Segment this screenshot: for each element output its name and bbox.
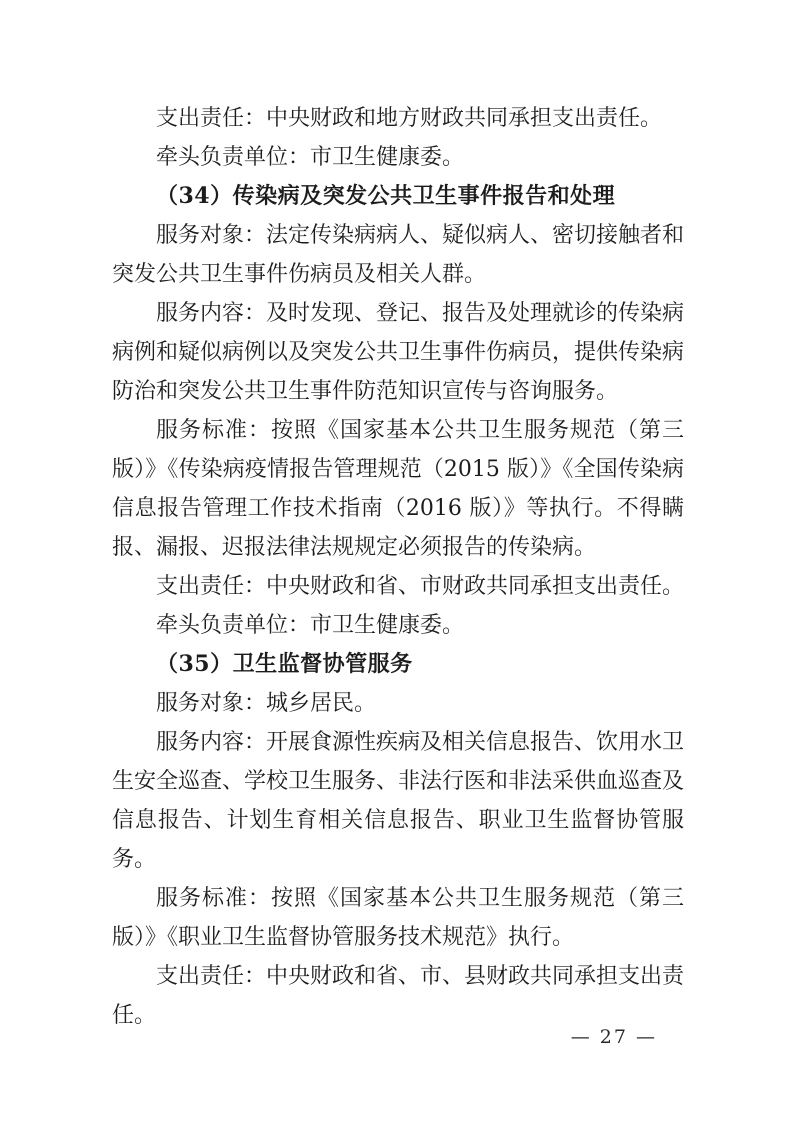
paragraph-service-content-35: 服务内容：开展食源性疾病及相关信息报告、饮用水卫生安全巡查、学校卫生服务、非法行… [112,723,684,879]
paragraph-expenditure-responsibility-34: 支出责任：中央财政和省、市财政共同承担支出责任。 [112,567,684,606]
document-body: 支出责任：中央财政和地方财政共同承担支出责任。 牵头负责单位：市卫生健康委。 （… [112,99,684,1035]
section-heading-34: （34）传染病及突发公共卫生事件报告和处理 [112,177,684,216]
page-number: — 27 — [571,1026,657,1048]
section-heading-35: （35）卫生监督协管服务 [112,645,684,684]
paragraph-service-target-34: 服务对象：法定传染病病人、疑似病人、密切接触者和突发公共卫生事件伤病员及相关人群… [112,216,684,294]
paragraph-service-standard-35: 服务标准：按照《国家基本公共卫生服务规范（第三版）》《职业卫生监督协管服务技术规… [112,879,684,957]
paragraph-expenditure-responsibility: 支出责任：中央财政和地方财政共同承担支出责任。 [112,99,684,138]
paragraph-service-standard-34: 服务标准：按照《国家基本公共卫生服务规范（第三版）》《传染病疫情报告管理规范（2… [112,411,684,567]
document-page: 支出责任：中央财政和地方财政共同承担支出责任。 牵头负责单位：市卫生健康委。 （… [0,0,793,1122]
paragraph-lead-unit-34: 牵头负责单位：市卫生健康委。 [112,606,684,645]
paragraph-lead-unit: 牵头负责单位：市卫生健康委。 [112,138,684,177]
paragraph-service-content-34: 服务内容：及时发现、登记、报告及处理就诊的传染病病例和疑似病例以及突发公共卫生事… [112,294,684,411]
paragraph-expenditure-responsibility-35: 支出责任：中央财政和省、市、县财政共同承担支出责任。 [112,957,684,1035]
paragraph-service-target-35: 服务对象：城乡居民。 [112,684,684,723]
